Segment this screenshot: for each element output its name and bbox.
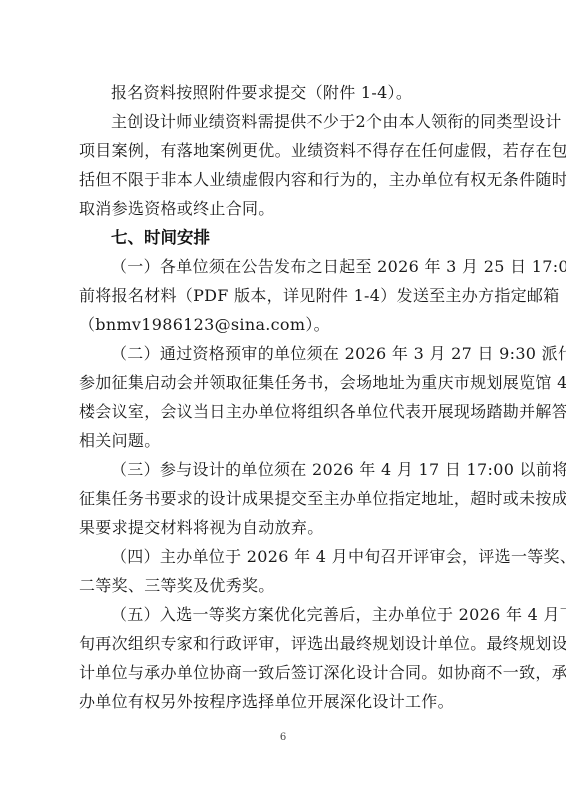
schedule-line: 办单位有权另外按程序选择单位开展深化设计工作。: [79, 692, 487, 712]
paragraph-line: 项目案例，有落地案例更优。业绩资料不得存在任何虚假，若存在包: [79, 141, 487, 161]
schedule-line: 计单位与承办单位协商一致后签订深化设计合同。如协商不一致，承: [79, 663, 487, 683]
section-heading: 七、时间安排: [111, 228, 210, 248]
schedule-line: 相关问题。: [79, 431, 487, 451]
schedule-line: 参加征集启动会并领取征集任务书，会场地址为重庆市规划展览馆 4: [79, 373, 487, 393]
document-page: 报名资料按照附件要求提交（附件 1-4）。 主创设计师业绩资料需提供不少于2个由…: [0, 0, 566, 800]
schedule-line: （四）主办单位于 2026 年 4 月中旬召开评审会，评选一等奖、: [111, 547, 487, 567]
schedule-line: 二等奖、三等奖及优秀奖。: [79, 576, 487, 596]
schedule-line: （五）入选一等奖方案优化完善后，主办单位于 2026 年 4 月下: [111, 605, 487, 625]
schedule-line: 旬再次组织专家和行政评审，评选出最终规划设计单位。最终规划设: [79, 634, 487, 654]
schedule-line: 前将报名材料（PDF 版本，详见附件 1-4）发送至主办方指定邮箱: [79, 286, 487, 306]
schedule-line: （三）参与设计的单位须在 2026 年 4 月 17 日 17:00 以前将符合: [111, 460, 487, 480]
schedule-line: 征集任务书要求的设计成果提交至主办单位指定地址，超时或未按成: [79, 489, 487, 509]
paragraph-line: 报名资料按照附件要求提交（附件 1-4）。: [111, 83, 487, 103]
paragraph-line: 主创设计师业绩资料需提供不少于2个由本人领衔的同类型设计: [111, 112, 487, 132]
paragraph-line: 取消参选资格或终止合同。: [79, 199, 487, 219]
schedule-line: （一）各单位须在公告发布之日起至 2026 年 3 月 25 日 17:00 以: [111, 257, 487, 277]
paragraph-line: 括但不限于非本人业绩虚假内容和行为的，主办单位有权无条件随时: [79, 170, 487, 190]
schedule-line: 果要求提交材料将视为自动放弃。: [79, 518, 487, 538]
schedule-line: （二）通过资格预审的单位须在 2026 年 3 月 27 日 9:30 派代表: [111, 344, 487, 364]
schedule-line: （bnmv1986123@sina.com）。: [79, 315, 487, 335]
page-number: 6: [0, 732, 566, 743]
schedule-line: 楼会议室，会议当日主办单位将组织各单位代表开展现场踏勘并解答: [79, 402, 487, 422]
